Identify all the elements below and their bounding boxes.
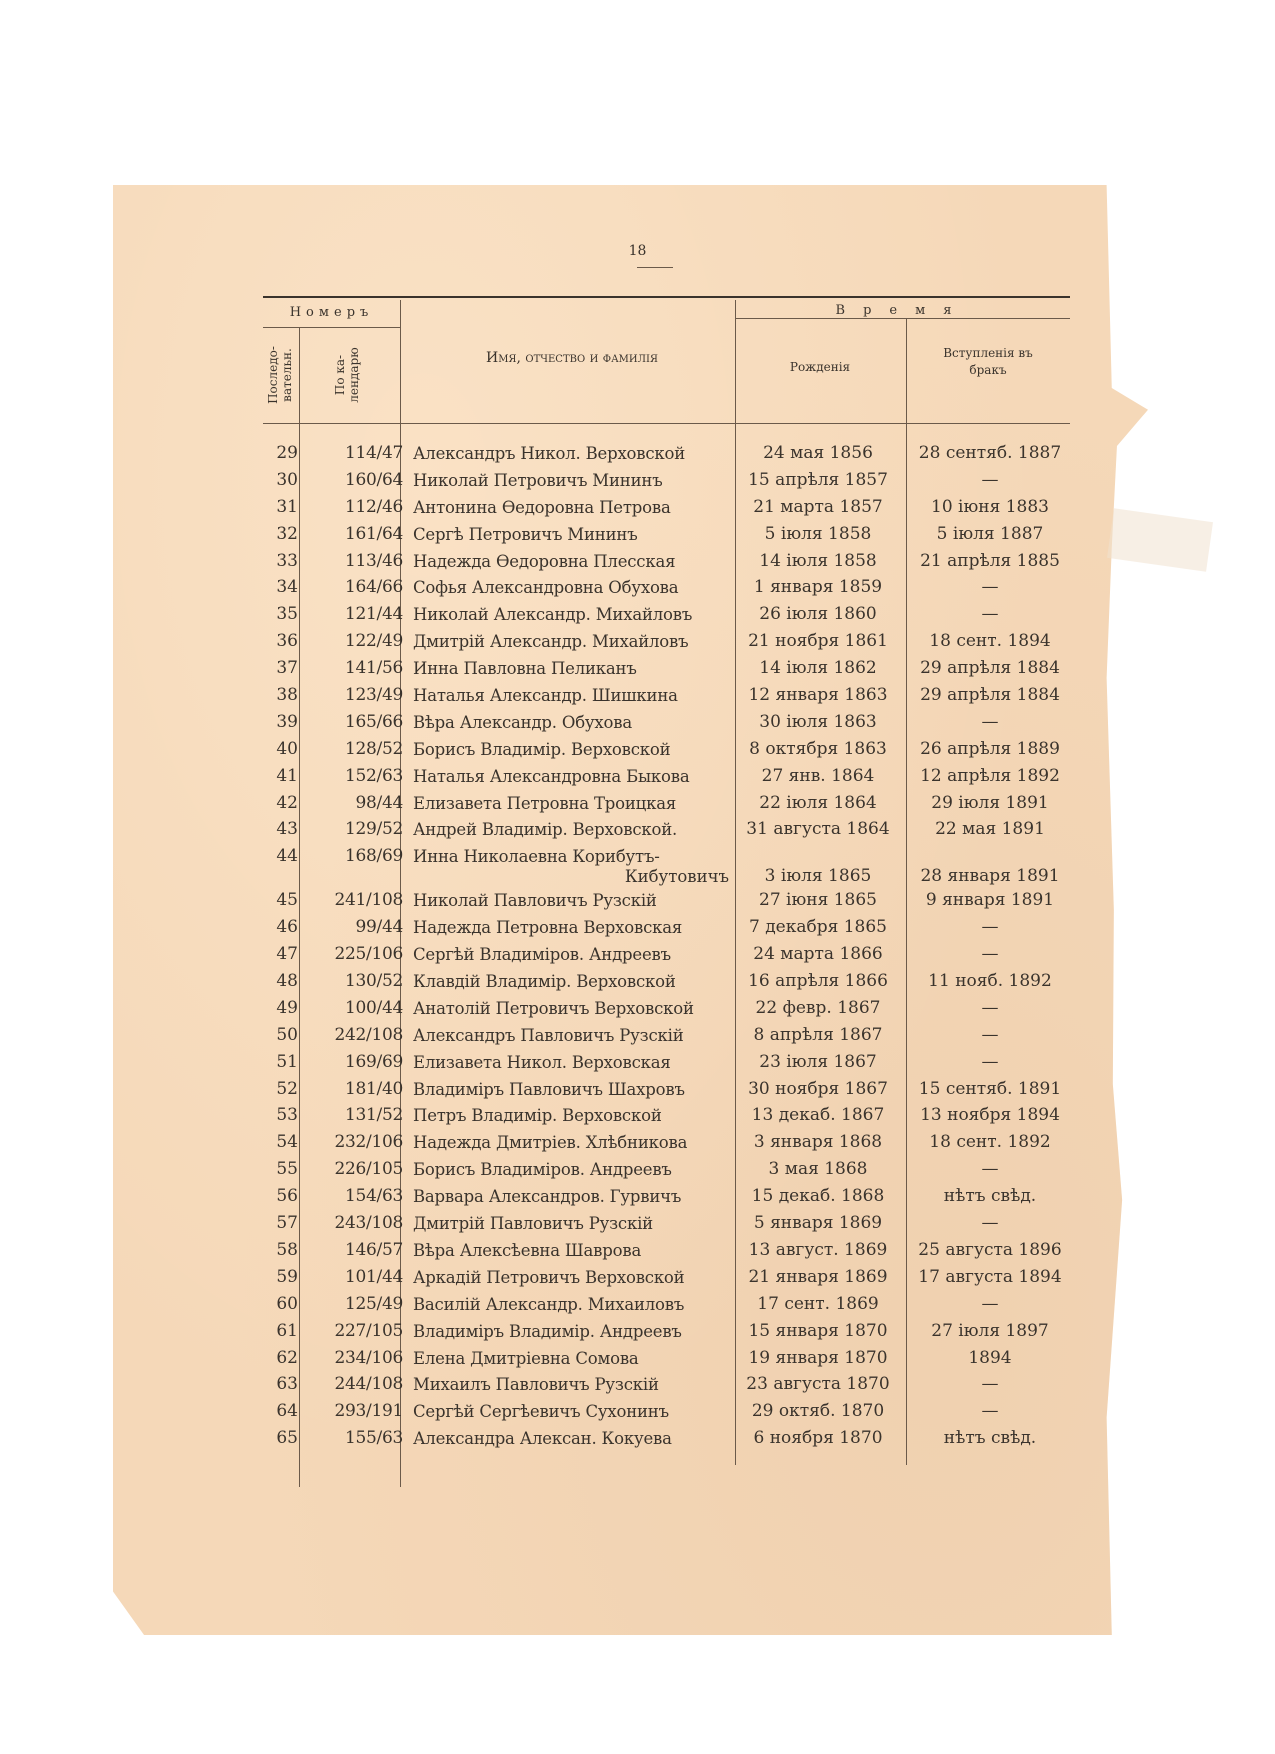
seq-number: 33 bbox=[263, 548, 298, 575]
header-time-group: Время bbox=[735, 303, 1070, 318]
calendar-number: 112/46 bbox=[300, 494, 403, 521]
calendar-number: 234/106 bbox=[300, 1345, 403, 1372]
seq-number: 59 bbox=[263, 1264, 298, 1291]
calendar-number: 129/52 bbox=[300, 816, 403, 843]
seq-number: 50 bbox=[263, 1022, 298, 1049]
header-name: Имя, отчество и фамилія bbox=[412, 350, 732, 366]
seq-number: 49 bbox=[263, 995, 298, 1022]
table-row: 55226/105Борисъ Владиміров. Андреевъ3 ма… bbox=[263, 1156, 1070, 1183]
calendar-number: 100/44 bbox=[300, 995, 403, 1022]
calendar-number: 152/63 bbox=[300, 763, 403, 790]
calendar-number: 232/106 bbox=[300, 1129, 403, 1156]
birth-date: 3 іюля 1865 bbox=[733, 863, 903, 890]
marriage-date: — bbox=[905, 709, 1075, 736]
table-row: 45241/108Николай Павловичъ Рузскій27 іюн… bbox=[263, 887, 1070, 914]
calendar-number: 181/40 bbox=[300, 1076, 403, 1103]
table-body: 29114/47Александръ Никол. Верховской24 м… bbox=[263, 440, 1070, 1452]
marriage-date: 11 нояб. 1892 bbox=[905, 968, 1075, 995]
birth-date: 15 декаб. 1868 bbox=[733, 1183, 903, 1210]
marriage-date: нѣтъ свѣд. bbox=[905, 1183, 1075, 1210]
table-row: 34164/66Софья Александровна Обухова1 янв… bbox=[263, 574, 1070, 601]
table-row: 29114/47Александръ Никол. Верховской24 м… bbox=[263, 440, 1070, 467]
seq-number: 29 bbox=[263, 440, 298, 467]
marriage-date: 27 іюля 1897 bbox=[905, 1318, 1075, 1345]
calendar-number: 101/44 bbox=[300, 1264, 403, 1291]
marriage-date: нѣтъ свѣд. bbox=[905, 1425, 1075, 1452]
table-row: 51169/69Елизавета Никол. Верховская23 ію… bbox=[263, 1049, 1070, 1076]
birth-date: 13 август. 1869 bbox=[733, 1237, 903, 1264]
birth-date: 31 августа 1864 bbox=[733, 816, 903, 843]
marriage-date: 17 августа 1894 bbox=[905, 1264, 1075, 1291]
seq-number: 45 bbox=[263, 887, 298, 914]
table-row: 62234/106Елена Дмитріевна Сомова19 январ… bbox=[263, 1345, 1070, 1372]
table-row: 44168/69Инна Николаевна Корибутъ-3 іюля … bbox=[263, 843, 1070, 887]
seq-number: 43 bbox=[263, 816, 298, 843]
birth-date: 24 марта 1866 bbox=[733, 941, 903, 968]
marriage-date: — bbox=[905, 1371, 1075, 1398]
calendar-number: 128/52 bbox=[300, 736, 403, 763]
birth-date: 3 мая 1868 bbox=[733, 1156, 903, 1183]
calendar-number: 168/69 bbox=[300, 843, 403, 870]
seq-number: 60 bbox=[263, 1291, 298, 1318]
table-row: 63244/108Михаилъ Павловичъ Рузскій23 авг… bbox=[263, 1371, 1070, 1398]
marriage-date: 18 сент. 1892 bbox=[905, 1129, 1075, 1156]
birth-date: 22 іюля 1864 bbox=[733, 790, 903, 817]
seq-number: 57 bbox=[263, 1210, 298, 1237]
header-marriage: Вступленія въ бракъ bbox=[906, 345, 1070, 379]
marriage-date: 10 іюня 1883 bbox=[905, 494, 1075, 521]
calendar-number: 242/108 bbox=[300, 1022, 403, 1049]
seq-number: 65 bbox=[263, 1425, 298, 1452]
birth-date: 21 января 1869 bbox=[733, 1264, 903, 1291]
torn-paper-fragment bbox=[1107, 508, 1213, 571]
seq-number: 48 bbox=[263, 968, 298, 995]
table-row: 56154/63Варвара Александров. Гурвичъ15 д… bbox=[263, 1183, 1070, 1210]
seq-number: 41 bbox=[263, 763, 298, 790]
birth-date: 15 апрѣля 1857 bbox=[733, 467, 903, 494]
table-row: 31112/46Антонина Өедоровна Петрова21 мар… bbox=[263, 494, 1070, 521]
calendar-number: 169/69 bbox=[300, 1049, 403, 1076]
table-top-rule bbox=[263, 296, 1070, 298]
birth-date: 1 января 1859 bbox=[733, 574, 903, 601]
marriage-date: 26 апрѣля 1889 bbox=[905, 736, 1075, 763]
calendar-number: 121/44 bbox=[300, 601, 403, 628]
marriage-date: 29 апрѣля 1884 bbox=[905, 655, 1075, 682]
seq-number: 36 bbox=[263, 628, 298, 655]
table-row: 37141/56Инна Павловна Пеликанъ14 іюля 18… bbox=[263, 655, 1070, 682]
calendar-number: 243/108 bbox=[300, 1210, 403, 1237]
birth-date: 24 мая 1856 bbox=[733, 440, 903, 467]
seq-number: 54 bbox=[263, 1129, 298, 1156]
table-row: 54232/106Надежда Дмитріев. Хлѣбникова3 я… bbox=[263, 1129, 1070, 1156]
marriage-date: 5 іюля 1887 bbox=[905, 521, 1075, 548]
birth-date: 23 іюля 1867 bbox=[733, 1049, 903, 1076]
birth-date: 13 декаб. 1867 bbox=[733, 1102, 903, 1129]
birth-date: 8 апрѣля 1867 bbox=[733, 1022, 903, 1049]
seq-number: 58 bbox=[263, 1237, 298, 1264]
seq-number: 39 bbox=[263, 709, 298, 736]
calendar-number: 293/191 bbox=[300, 1398, 403, 1425]
marriage-date: — bbox=[905, 1210, 1075, 1237]
birth-date: 15 января 1870 bbox=[733, 1318, 903, 1345]
table-row: 43129/52Андрей Владимір. Верховской.31 а… bbox=[263, 816, 1070, 843]
marriage-date: — bbox=[905, 467, 1075, 494]
table-row: 61227/105Владиміръ Владимір. Андреевъ15 … bbox=[263, 1318, 1070, 1345]
calendar-number: 125/49 bbox=[300, 1291, 403, 1318]
table-row: 50242/108Александръ Павловичъ Рузскій8 а… bbox=[263, 1022, 1070, 1049]
birth-date: 5 января 1869 bbox=[733, 1210, 903, 1237]
marriage-date: 28 сентяб. 1887 bbox=[905, 440, 1075, 467]
marriage-date: — bbox=[905, 574, 1075, 601]
birth-date: 22 февр. 1867 bbox=[733, 995, 903, 1022]
marriage-date: — bbox=[905, 601, 1075, 628]
birth-date: 19 января 1870 bbox=[733, 1345, 903, 1372]
marriage-date: 18 сент. 1894 bbox=[905, 628, 1075, 655]
calendar-number: 226/105 bbox=[300, 1156, 403, 1183]
calendar-number: 113/46 bbox=[300, 548, 403, 575]
birth-date: 3 января 1868 bbox=[733, 1129, 903, 1156]
calendar-number: 131/52 bbox=[300, 1102, 403, 1129]
birth-date: 29 октяб. 1870 bbox=[733, 1398, 903, 1425]
table-row: 59101/44Аркадій Петровичъ Верховской21 я… bbox=[263, 1264, 1070, 1291]
birth-date: 30 ноября 1867 bbox=[733, 1076, 903, 1103]
calendar-number: 123/49 bbox=[300, 682, 403, 709]
marriage-date: 21 апрѣля 1885 bbox=[905, 548, 1075, 575]
seq-number: 31 bbox=[263, 494, 298, 521]
calendar-number: 160/64 bbox=[300, 467, 403, 494]
seq-number: 62 bbox=[263, 1345, 298, 1372]
birth-date: 16 апрѣля 1866 bbox=[733, 968, 903, 995]
birth-date: 6 ноября 1870 bbox=[733, 1425, 903, 1452]
marriage-date: — bbox=[905, 995, 1075, 1022]
header-seq: Последо- вательн. bbox=[266, 330, 294, 420]
seq-number: 52 bbox=[263, 1076, 298, 1103]
header-divider bbox=[735, 318, 1070, 319]
birth-date: 21 ноября 1861 bbox=[733, 628, 903, 655]
calendar-number: 164/66 bbox=[300, 574, 403, 601]
marriage-date: — bbox=[905, 914, 1075, 941]
table-row: 4699/44Надежда Петровна Верховская7 дека… bbox=[263, 914, 1070, 941]
birth-date: 12 января 1863 bbox=[733, 682, 903, 709]
birth-date: 17 сент. 1869 bbox=[733, 1291, 903, 1318]
seq-number: 51 bbox=[263, 1049, 298, 1076]
table-row: 60125/49Василій Александр. Михаиловъ17 с… bbox=[263, 1291, 1070, 1318]
birth-date: 26 іюля 1860 bbox=[733, 601, 903, 628]
birth-date: 27 янв. 1864 bbox=[733, 763, 903, 790]
birth-date: 5 іюля 1858 bbox=[733, 521, 903, 548]
header-calendar: По ка- лендарю bbox=[333, 330, 361, 420]
marriage-date: 13 ноября 1894 bbox=[905, 1102, 1075, 1129]
table-row: 64293/191Сергѣй Сергѣевичъ Сухонинъ29 ок… bbox=[263, 1398, 1070, 1425]
header-number-group: Номеръ bbox=[263, 305, 400, 320]
calendar-number: 244/108 bbox=[300, 1371, 403, 1398]
marriage-date: — bbox=[905, 1398, 1075, 1425]
header-bottom-rule bbox=[263, 423, 1070, 424]
birth-date: 14 іюля 1858 bbox=[733, 548, 903, 575]
marriage-date: 25 августа 1896 bbox=[905, 1237, 1075, 1264]
calendar-number: 155/63 bbox=[300, 1425, 403, 1452]
table-row: 47225/106Сергѣй Владиміров. Андреевъ24 м… bbox=[263, 941, 1070, 968]
seq-number: 30 bbox=[263, 467, 298, 494]
calendar-number: 98/44 bbox=[300, 790, 403, 817]
calendar-number: 114/47 bbox=[300, 440, 403, 467]
marriage-date: 29 іюля 1891 bbox=[905, 790, 1075, 817]
birth-date: 30 іюля 1863 bbox=[733, 709, 903, 736]
marriage-date: — bbox=[905, 1049, 1075, 1076]
seq-number: 42 bbox=[263, 790, 298, 817]
seq-number: 40 bbox=[263, 736, 298, 763]
calendar-number: 141/56 bbox=[300, 655, 403, 682]
header-birth: Рожденія bbox=[735, 360, 905, 374]
table-row: 41152/63Наталья Александровна Быкова27 я… bbox=[263, 763, 1070, 790]
seq-number: 64 bbox=[263, 1398, 298, 1425]
table-row: 32161/64Сергѣ Петровичъ Мининъ5 іюля 185… bbox=[263, 521, 1070, 548]
marriage-date: 29 апрѣля 1884 bbox=[905, 682, 1075, 709]
seq-number: 55 bbox=[263, 1156, 298, 1183]
birth-date: 8 октября 1863 bbox=[733, 736, 903, 763]
marriage-date: — bbox=[905, 1291, 1075, 1318]
page-number: 18 bbox=[0, 243, 1275, 259]
table-row: 65155/63Александра Алексан. Кокуева6 ноя… bbox=[263, 1425, 1070, 1452]
seq-number: 56 bbox=[263, 1183, 298, 1210]
marriage-date: 28 января 1891 bbox=[905, 863, 1075, 890]
marriage-date: 9 января 1891 bbox=[905, 887, 1075, 914]
person-name-continuation: Кибутовичъ bbox=[413, 863, 729, 890]
birth-date: 21 марта 1857 bbox=[733, 494, 903, 521]
calendar-number: 99/44 bbox=[300, 914, 403, 941]
table-row: 40128/52Борисъ Владимір. Верховской8 окт… bbox=[263, 736, 1070, 763]
calendar-number: 130/52 bbox=[300, 968, 403, 995]
calendar-number: 227/105 bbox=[300, 1318, 403, 1345]
table-row: 33113/46Надежда Өедоровна Плесская14 іюл… bbox=[263, 548, 1070, 575]
seq-number: 53 bbox=[263, 1102, 298, 1129]
calendar-number: 146/57 bbox=[300, 1237, 403, 1264]
table-row: 4298/44Елизавета Петровна Троицкая22 іюл… bbox=[263, 790, 1070, 817]
seq-number: 46 bbox=[263, 914, 298, 941]
table-row: 39165/66Вѣра Александр. Обухова30 іюля 1… bbox=[263, 709, 1070, 736]
calendar-number: 225/106 bbox=[300, 941, 403, 968]
calendar-number: 165/66 bbox=[300, 709, 403, 736]
birth-date: 14 іюля 1862 bbox=[733, 655, 903, 682]
marriage-date: — bbox=[905, 941, 1075, 968]
table-row: 35121/44Николай Александр. Михайловъ26 і… bbox=[263, 601, 1070, 628]
seq-number: 37 bbox=[263, 655, 298, 682]
birth-date: 7 декабря 1865 bbox=[733, 914, 903, 941]
marriage-date: — bbox=[905, 1022, 1075, 1049]
seq-number: 34 bbox=[263, 574, 298, 601]
birth-date: 27 іюня 1865 bbox=[733, 887, 903, 914]
table-row: 58146/57Вѣра Алексѣевна Шаврова13 август… bbox=[263, 1237, 1070, 1264]
seq-number: 38 bbox=[263, 682, 298, 709]
calendar-number: 122/49 bbox=[300, 628, 403, 655]
calendar-number: 241/108 bbox=[300, 887, 403, 914]
seq-number: 61 bbox=[263, 1318, 298, 1345]
table-row: 49100/44Анатолій Петровичъ Верховской22 … bbox=[263, 995, 1070, 1022]
marriage-date: 22 мая 1891 bbox=[905, 816, 1075, 843]
table-row: 38123/49Наталья Александр. Шишкина12 янв… bbox=[263, 682, 1070, 709]
seq-number: 44 bbox=[263, 843, 298, 870]
seq-number: 63 bbox=[263, 1371, 298, 1398]
calendar-number: 161/64 bbox=[300, 521, 403, 548]
marriage-date: 15 сентяб. 1891 bbox=[905, 1076, 1075, 1103]
seq-number: 35 bbox=[263, 601, 298, 628]
calendar-number: 154/63 bbox=[300, 1183, 403, 1210]
marriage-date: 12 апрѣля 1892 bbox=[905, 763, 1075, 790]
seq-number: 47 bbox=[263, 941, 298, 968]
table-row: 48130/52Клавдій Владимір. Верховской16 а… bbox=[263, 968, 1070, 995]
table-row: 30160/64Николай Петровичъ Мининъ15 апрѣл… bbox=[263, 467, 1070, 494]
marriage-date: — bbox=[905, 1156, 1075, 1183]
table-row: 57243/108Дмитрій Павловичъ Рузскій5 янва… bbox=[263, 1210, 1070, 1237]
birth-date: 23 августа 1870 bbox=[733, 1371, 903, 1398]
header-divider bbox=[263, 327, 400, 328]
seq-number: 32 bbox=[263, 521, 298, 548]
table-row: 36122/49Дмитрій Александр. Михайловъ21 н… bbox=[263, 628, 1070, 655]
table-row: 52181/40Владиміръ Павловичъ Шахровъ30 но… bbox=[263, 1076, 1070, 1103]
table-row: 53131/52Петръ Владимір. Верховской13 дек… bbox=[263, 1102, 1070, 1129]
marriage-date: 1894 bbox=[905, 1345, 1075, 1372]
page-number-rule bbox=[637, 267, 673, 268]
